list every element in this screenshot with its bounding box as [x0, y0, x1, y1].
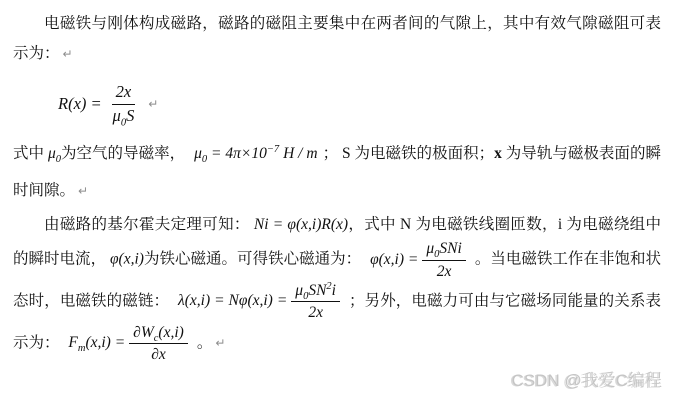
paragraph-mark-icon: ↵ — [63, 47, 73, 61]
document-page: 电磁铁与刚体构成磁路，磁路的磁阻主要集中在两者间的气隙上，其中有效气隙磁阻可表示… — [0, 0, 674, 393]
force-formula: Fm(x,i) =∂Wc(x,i)∂x — [68, 334, 191, 351]
csdn-watermark: CSDN @我爱C编程 — [512, 366, 662, 391]
mu0-value-formula: μ0 = 4π×10−7 H / m — [194, 145, 318, 162]
text-run: ； S 为电磁铁的极面积； — [323, 145, 495, 162]
fraction-numerator: μ0SN2i — [291, 281, 340, 302]
text-run: 。 — [197, 334, 213, 351]
force-args: (x,i) = — [85, 334, 125, 351]
den-tail: S — [126, 106, 134, 125]
mu-symbol: μ — [295, 282, 303, 299]
fraction-denominator: μ0S — [113, 105, 135, 127]
formula-reluctance-lhs: R(x) = — [58, 94, 102, 114]
flux-formula: φ(x,i) =μ0SNi2x — [370, 251, 470, 268]
num-args: (x,i) — [158, 324, 183, 341]
mu-symbol: μ — [113, 106, 121, 125]
flux-linkage-formula: λ(x,i) = Nφ(x,i) =μ0SN2i2x — [178, 292, 344, 309]
fraction-denominator: 2x — [308, 302, 323, 322]
force-fraction: ∂Wc(x,i)∂x — [129, 323, 188, 365]
exponent: −7 — [267, 144, 279, 155]
intro-text: 电磁铁与刚体构成磁路，磁路的磁阻主要集中在两者间的气隙上，其中有效气隙磁阻可表示… — [13, 15, 661, 62]
fraction-denominator: 2x — [437, 261, 452, 281]
mu-symbol: μ — [48, 145, 56, 162]
paragraph-mark-icon: ↵ — [78, 184, 88, 198]
flux-symbol: φ(x,i) — [110, 251, 144, 268]
num-tail: i — [332, 282, 336, 299]
text-run: 由磁路的基尔霍夫定理可知： — [44, 216, 254, 233]
paragraph-mark-icon: ↵ — [215, 336, 225, 350]
paragraph-permeability: 式中 μ0为空气的导磁率， μ0 = 4π×10−7 H / m； S 为电磁铁… — [13, 135, 661, 210]
formula-reluctance-fraction: 2x μ0S — [112, 82, 142, 126]
fraction-numerator: 2x — [112, 82, 136, 105]
flux-linkage-fraction: μ0SN2i2x — [291, 281, 340, 323]
mu-symbol: μ — [426, 240, 434, 257]
kirchhoff-formula: Ni = φ(x,i)R(x) — [254, 216, 348, 233]
flux-formula-lhs: φ(x,i) = — [370, 251, 418, 268]
unit-label: H / m — [279, 145, 317, 162]
num-tail: SNi — [439, 240, 461, 257]
equation-body: = 4π×10 — [207, 145, 267, 162]
mu-symbol: μ — [194, 145, 202, 162]
flux-fraction: μ0SNi2x — [422, 239, 465, 281]
paragraph-mark-icon: ↵ — [148, 97, 158, 111]
num-mid: SN — [308, 282, 326, 299]
fraction-numerator: ∂Wc(x,i) — [129, 323, 188, 344]
text-run: 式中 — [13, 145, 48, 162]
partial-w: ∂W — [133, 324, 154, 341]
force-symbol: F — [68, 334, 77, 351]
paragraph-intro: 电磁铁与刚体构成磁路，磁路的磁阻主要集中在两者间的气隙上，其中有效气隙磁阻可表示… — [13, 9, 661, 69]
text-run: 为空气的导磁率， — [61, 145, 189, 162]
text-run: 为铁心磁通。可得铁心磁通为： — [144, 251, 365, 268]
paragraph-kirchhoff: 由磁路的基尔霍夫定理可知： Ni = φ(x,i)R(x)，式中 N 为电磁铁线… — [13, 210, 661, 364]
flux-linkage-lhs: λ(x,i) = Nφ(x,i) = — [178, 292, 287, 309]
mu0-inline: μ0 — [48, 145, 61, 162]
formula-reluctance: R(x) = 2x μ0S ↵ — [58, 82, 661, 126]
fraction-denominator: ∂x — [151, 344, 166, 364]
fraction-numerator: μ0SNi — [422, 239, 465, 260]
variable-x: x — [494, 145, 502, 162]
